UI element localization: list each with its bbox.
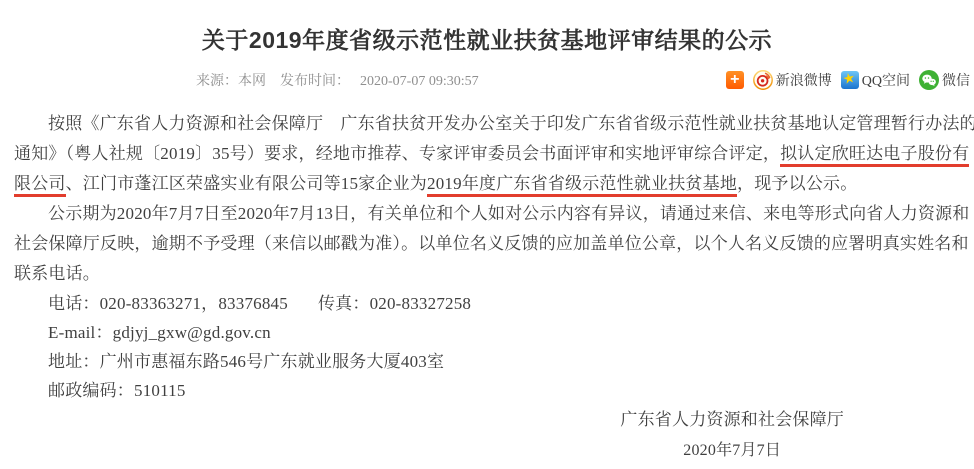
publish-time-label: 发布时间： [280,74,350,89]
contact-postcode-line: 邮政编码：510115 [14,376,960,405]
p1-l2-highlighted-text: 拟认定欣旺达电子股份有 [780,144,969,167]
weibo-icon [753,70,773,90]
p1-l3-text: 、江门市蓬江区荣盛实业有限公司等15家企业为 [66,174,427,193]
share-wechat-button[interactable]: 微信 [919,70,970,90]
paragraph1-line2: 通知》（粤人社规〔2019〕35号）要求，经地市推荐、专家评审委员会书面评审和实… [14,139,960,169]
meta-info: 来源：本网发布时间：2020-07-07 09:30:57 [196,70,479,90]
share-more-button[interactable]: + [726,71,744,89]
source-label: 来源： [196,74,238,89]
paragraph1-line3: 限公司、江门市蓬江区荣盛实业有限公司等15家企业为2019年度广东省省级示范性就… [14,169,960,199]
phone-value: 电话：020-83363271，83376845 [48,294,288,313]
fax-value: 传真：020-83327258 [318,294,471,313]
paragraph2-line1: 公示期为2020年7月7日至2020年7月13日，有关单位和个人如对公示内容有异… [14,199,960,229]
p1-l3-text-end: ，现予以公示。 [737,174,857,193]
share-more-icon[interactable]: + [726,71,744,89]
share-weibo-button[interactable]: 新浪微博 [753,70,832,90]
article-body: 按照《广东省人力资源和社会保障厅 广东省扶贫开发办公室关于印发广东省省级示范性就… [14,109,960,466]
contact-address-line: 地址：广州市惠福东路546号广东就业服务大厦403室 [14,347,960,376]
announcement-page: 关于2019年度省级示范性就业扶贫基地评审结果的公示 来源：本网发布时间：202… [0,0,974,469]
p1-l2-text: 通知》（粤人社规〔2019〕35号）要求，经地市推荐、专家评审委员会书面评审和实… [14,144,780,163]
p1-l3-highlighted-text-1: 限公司 [14,174,66,197]
qzone-icon: ★ [841,71,859,89]
share-qzone-button[interactable]: ★ QQ空间 [841,70,910,90]
wechat-icon [919,70,939,90]
publish-time-value: 2020-07-07 09:30:57 [360,74,479,89]
paragraph2-line2: 社会保障厅反映，逾期不予受理（来信以邮戳为准）。以单位名义反馈的应加盖单位公章，… [14,229,960,259]
signature-block: 广东省人力资源和社会保障厅 2020年7月7日 [620,405,844,466]
meta-row: 来源：本网发布时间：2020-07-07 09:30:57 + [0,66,974,94]
source-value: 本网 [238,74,266,89]
share-weibo-label[interactable]: 新浪微博 [776,70,832,90]
share-qzone-label[interactable]: QQ空间 [862,70,910,90]
page-title: 关于2019年度省级示范性就业扶贫基地评审结果的公示 [0,0,974,55]
signature-organization: 广东省人力资源和社会保障厅 [620,405,844,435]
paragraph2-line3: 联系电话。 [14,259,960,289]
paragraph1-line1: 按照《广东省人力资源和社会保障厅 广东省扶贫开发办公室关于印发广东省省级示范性就… [14,109,960,139]
contact-phone-line: 电话：020-83363271，83376845传真：020-83327258 [14,289,960,318]
signature-date: 2020年7月7日 [620,435,844,466]
share-wechat-label[interactable]: 微信 [942,70,970,90]
share-bar: + [717,70,970,90]
p1-l3-highlighted-text-2: 2019年度广东省省级示范性就业扶贫基地 [427,174,737,197]
contact-email-line: E-mail：gdjyj_gxw@gd.gov.cn [14,318,960,347]
